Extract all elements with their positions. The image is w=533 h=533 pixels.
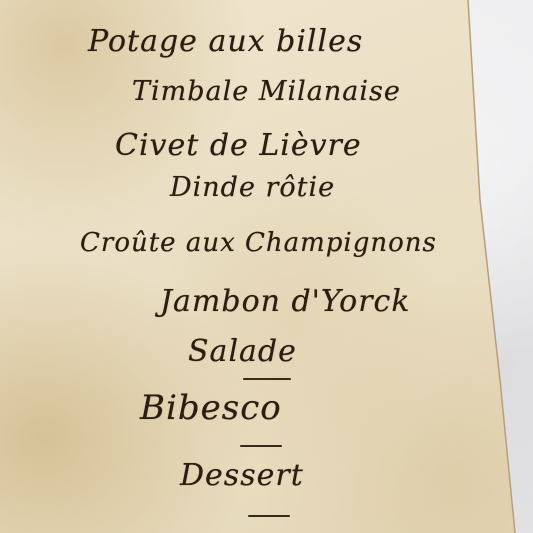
divider-rule	[240, 445, 282, 447]
divider-rule	[243, 378, 291, 380]
divider-rule	[248, 515, 290, 517]
menu-item-dinde: Dinde rôtie	[170, 172, 335, 203]
menu-item-bibesco: Bibesco	[140, 388, 282, 428]
menu-item-jambon: Jambon d'Yorck	[160, 284, 411, 319]
menu-item-potage: Potage aux billes	[88, 24, 363, 59]
menu-item-dessert: Dessert	[180, 458, 304, 493]
handwritten-menu: Potage aux billes Timbale Milanaise Cive…	[0, 0, 533, 533]
menu-item-civet: Civet de Lièvre	[115, 128, 362, 163]
menu-item-salade: Salade	[188, 334, 297, 369]
menu-item-timbale: Timbale Milanaise	[132, 76, 401, 107]
menu-item-croute: Croûte aux Champignons	[80, 228, 437, 258]
